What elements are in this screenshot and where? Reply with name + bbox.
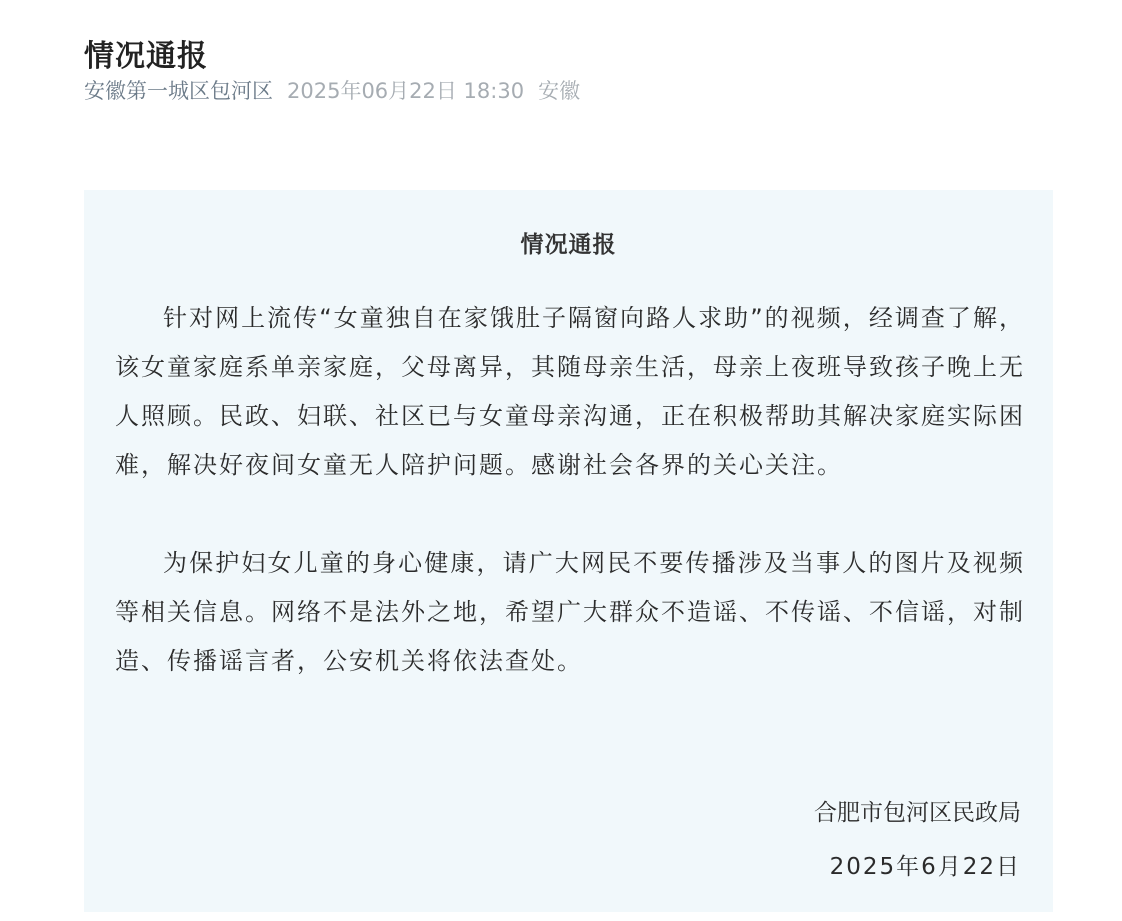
notice-title: 情况通报 bbox=[84, 226, 1053, 259]
article-meta: 安徽第一城区包河区2025年06月22日 18:30安徽 bbox=[84, 76, 580, 106]
notice-paragraph-1: 针对网上流传“女童独自在家饿肚子隔窗向路人求助”的视频，经调查了解，该女童家庭系… bbox=[115, 294, 1025, 490]
source-account-link[interactable]: 安徽第一城区包河区 bbox=[84, 79, 273, 103]
notice-signature: 合肥市包河区民政局 2025年6月22日 bbox=[814, 786, 1021, 894]
publish-location: 安徽 bbox=[538, 79, 580, 103]
notice-paragraph-2: 为保护妇女儿童的身心健康，请广大网民不要传播涉及当事人的图片及视频等相关信息。网… bbox=[115, 539, 1025, 686]
notice-body: 针对网上流传“女童独自在家饿肚子隔窗向路人求助”的视频，经调查了解，该女童家庭系… bbox=[115, 294, 1025, 686]
publish-time: 2025年06月22日 18:30 bbox=[287, 79, 524, 103]
page-title: 情况通报 bbox=[84, 36, 208, 78]
notice-card: 情况通报 针对网上流传“女童独自在家饿肚子隔窗向路人求助”的视频，经调查了解，该… bbox=[84, 190, 1053, 912]
issuer-name: 合肥市包河区民政局 bbox=[814, 786, 1021, 840]
issue-date: 2025年6月22日 bbox=[814, 840, 1021, 894]
